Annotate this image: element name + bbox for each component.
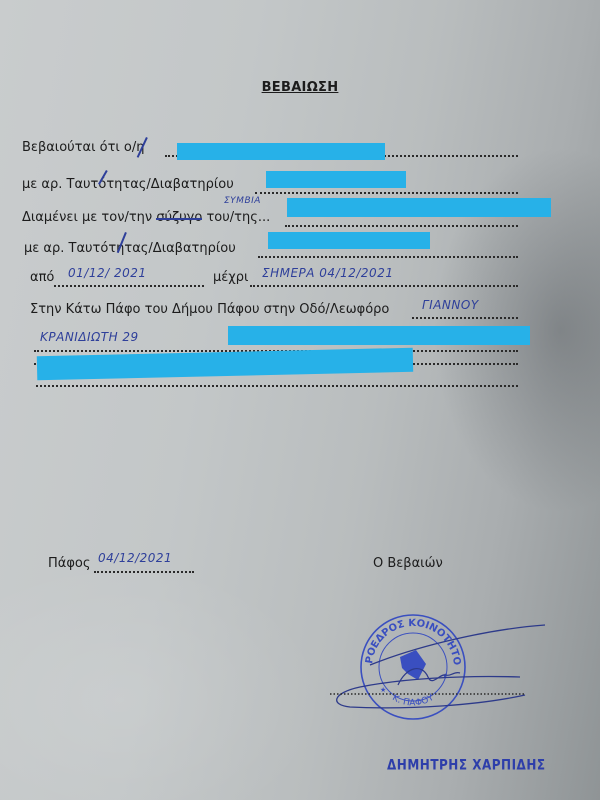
resides-label: Διαμένει με τον/την σύζυγο του/της... — [22, 210, 270, 225]
until-field-dots — [250, 285, 518, 287]
certified-label: Βεβαιούται ότι ο/η — [22, 140, 145, 155]
from-label: από — [30, 270, 54, 285]
until-date: ΣΗΜΕΡΑ 04/12/2021 — [262, 266, 393, 280]
redaction-id-number-1 — [266, 171, 406, 188]
id-field-1-dots — [255, 192, 518, 194]
address-field-dots-1 — [412, 317, 518, 319]
address-field-dots-4 — [36, 385, 518, 387]
id-label-1: με αρ. Ταυτότητας/Διαβατηρίου — [22, 177, 234, 192]
date-field-dots — [94, 571, 194, 573]
redaction-address-line-2 — [228, 326, 530, 345]
certified-label-text: Βεβαιούται ότι ο/η — [22, 140, 145, 155]
partner-field-dots — [285, 225, 518, 227]
redaction-id-number-2 — [268, 232, 430, 249]
signature-icon — [330, 615, 560, 725]
place-label: Πάφος — [48, 556, 91, 571]
document-title: ΒΕΒΑΙΩΣΗ — [0, 80, 600, 95]
address-label: Στην Κάτω Πάφο του Δήμου Πάφου στην Οδό/… — [30, 302, 389, 317]
redaction-address-line-3 — [37, 348, 413, 381]
struck-word-spouse: σύζυγο — [156, 210, 202, 225]
from-date: 01/12/ 2021 — [68, 266, 146, 280]
resides-suffix: του/της — [206, 210, 257, 225]
signing-date: 04/12/2021 — [98, 551, 172, 565]
resides-prefix: Διαμένει με τον/την — [22, 210, 152, 225]
address-value-2: ΚΡΑΝΙΔΙΩΤΗ 29 — [40, 330, 139, 344]
redaction-name — [177, 143, 385, 160]
id-label-2: με αρ. Ταυτότητας/Διαβατηρίου — [24, 241, 236, 256]
dots-lead: ... — [258, 210, 270, 225]
redaction-partner-name — [287, 198, 551, 217]
partner-correction: ΣΥΜΒΙΑ — [224, 196, 261, 206]
certifier-label: Ο Βεβαιών — [373, 556, 443, 571]
address-value-1: ΓΙΑΝΝΟΥ — [422, 298, 479, 312]
id-field-2-dots — [258, 256, 518, 258]
until-label: μέχρι — [213, 270, 248, 285]
signer-name: ΔΗΜΗΤΡΗΣ ΧΑΡΠΙΔΗΣ — [387, 757, 546, 773]
from-field-dots — [54, 285, 204, 287]
